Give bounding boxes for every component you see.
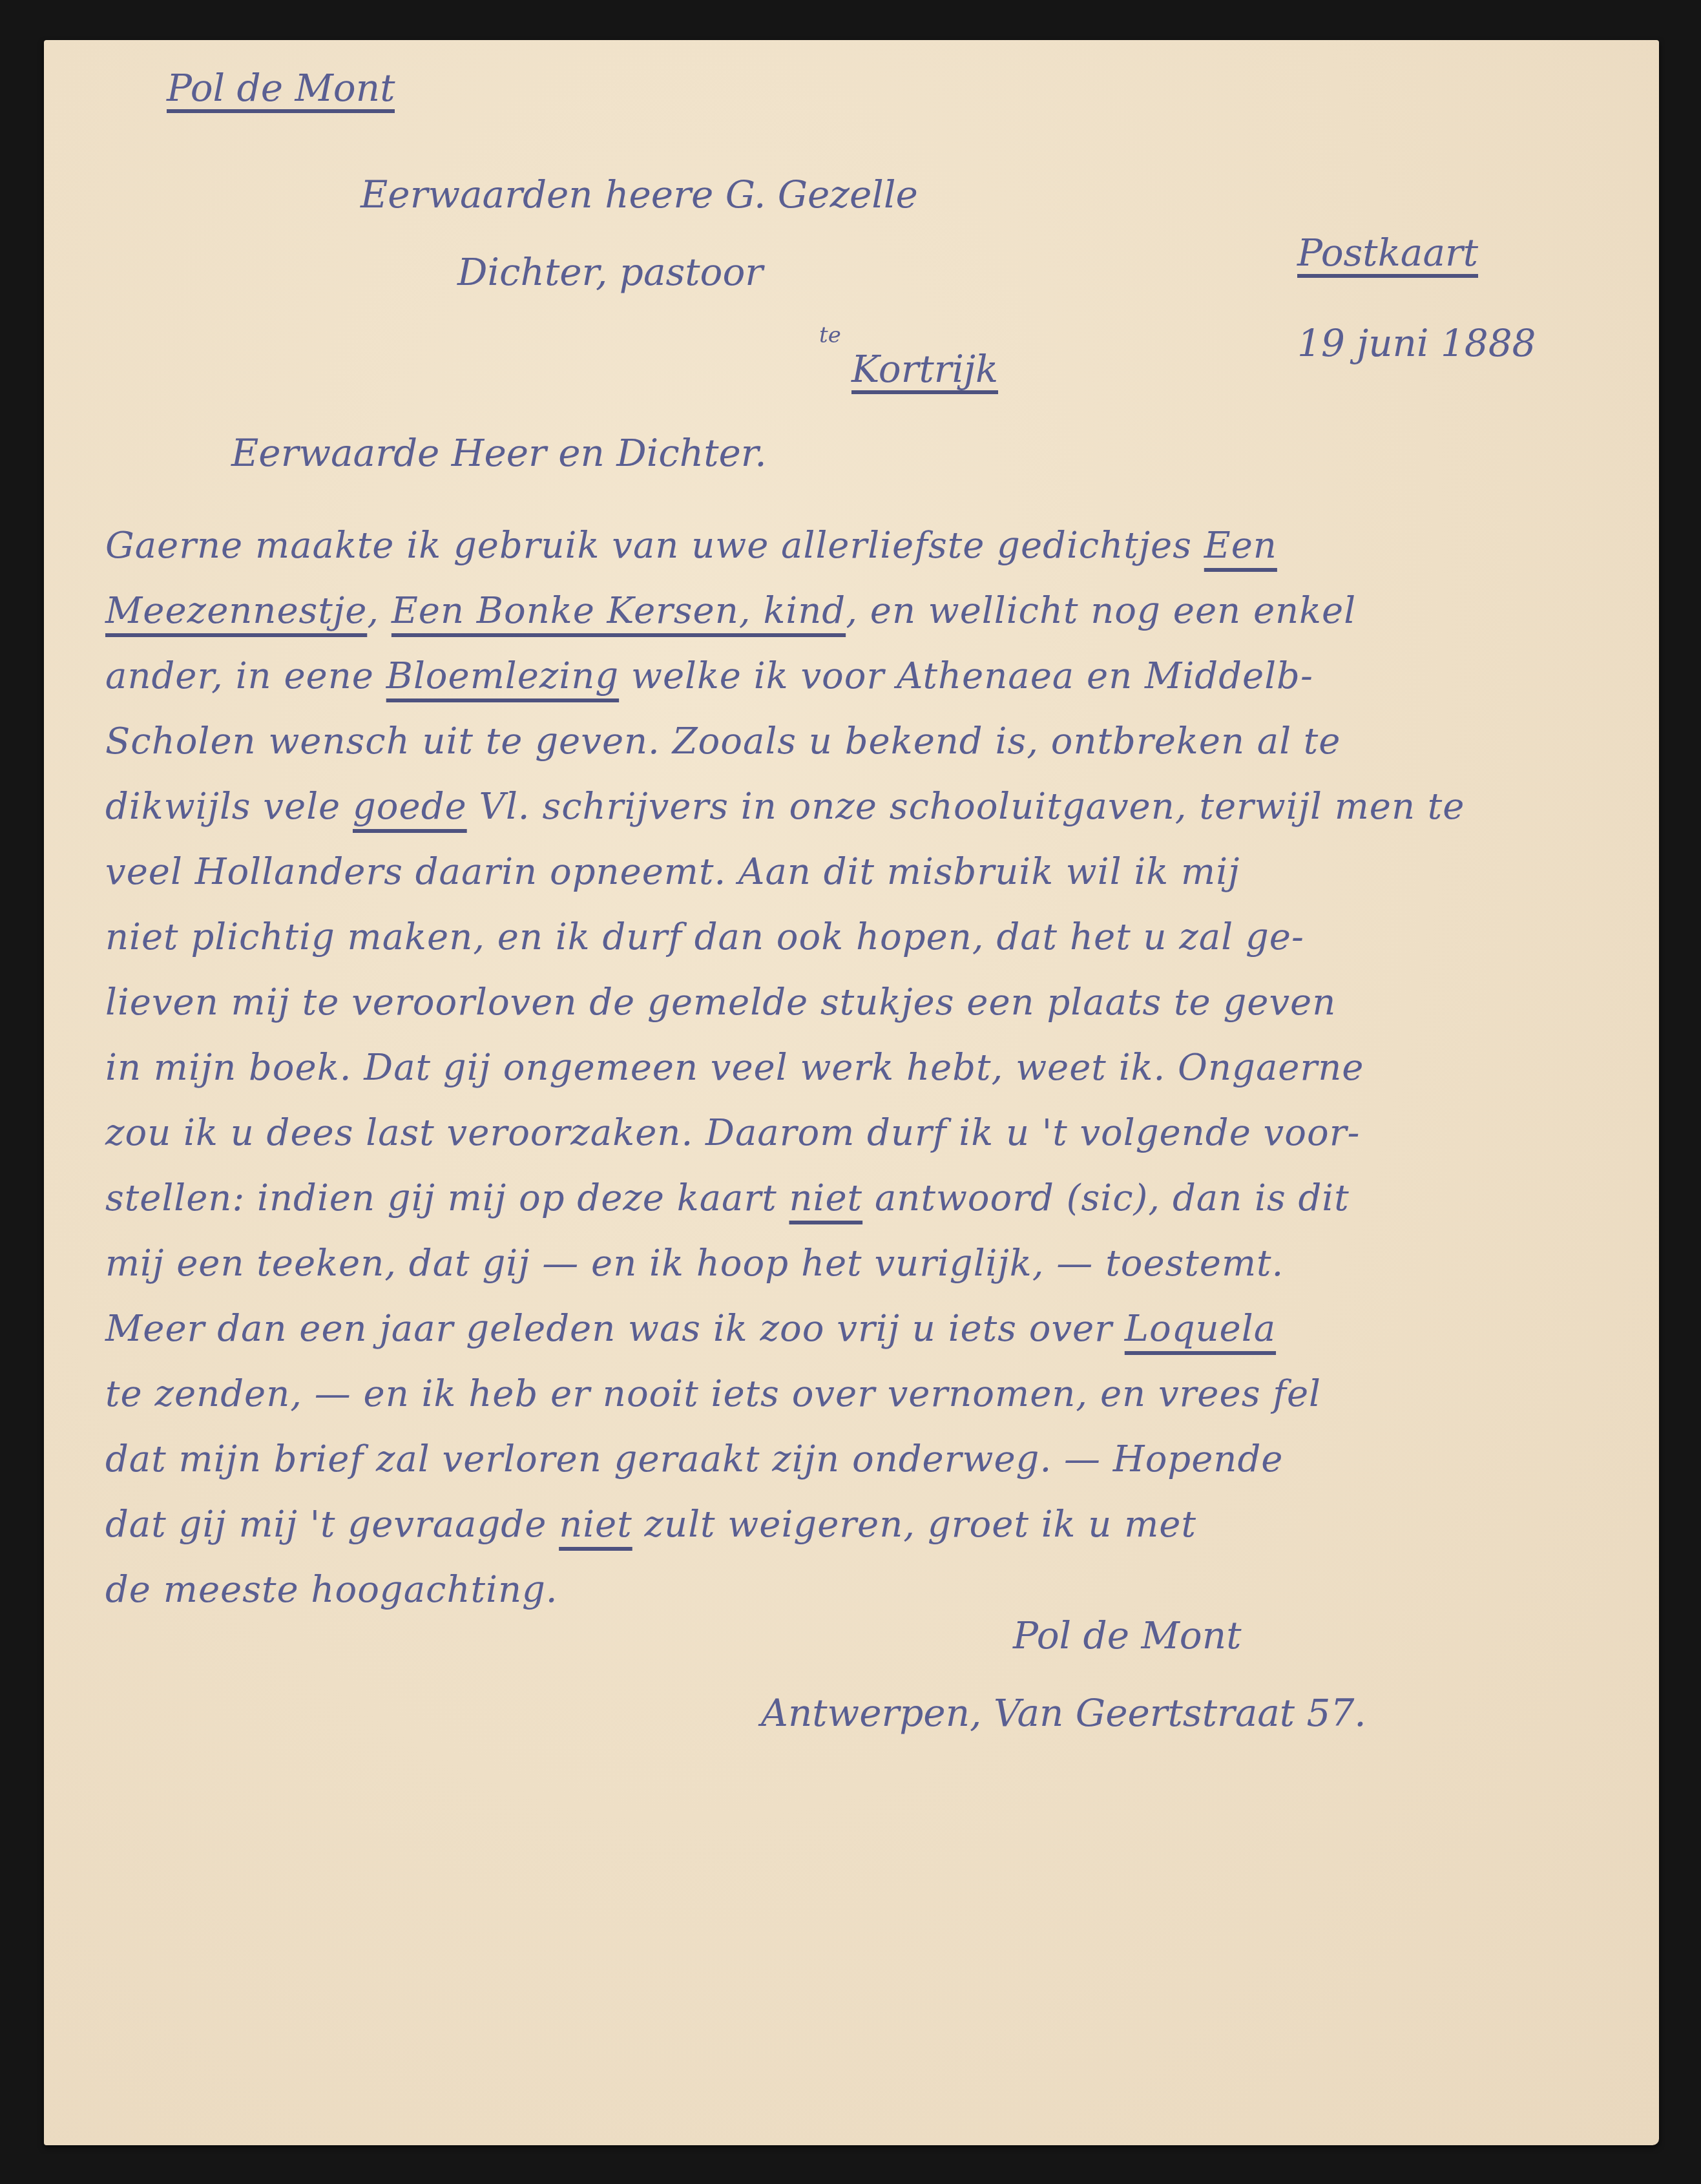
body-line: Gaerne maakte ik gebruik van uwe allerli…: [105, 525, 1643, 590]
letter-body: Gaerne maakte ik gebruik van uwe allerli…: [105, 525, 1643, 1634]
body-line: Scholen wensch uit te geven. Zooals u be…: [105, 720, 1643, 786]
body-text-span: antwoord (sic), dan is dit: [862, 1177, 1350, 1219]
body-line: Meer dan een jaar geleden was ik zoo vri…: [105, 1308, 1643, 1373]
salutation: Eerwaarde Heer en Dichter.: [231, 434, 767, 472]
body-text-span: zou ik u dees last veroorzaken. Daarom d…: [105, 1112, 1360, 1154]
body-text-span: , en wellicht nog een enkel: [846, 590, 1356, 632]
body-line: dat gij mij 't gevraagde niet zult weige…: [105, 1504, 1643, 1569]
body-text-span: Meer dan een jaar geleden was ik zoo vri…: [105, 1308, 1125, 1350]
underlined-title: niet: [559, 1504, 632, 1546]
signature: Pol de Mont: [1013, 1617, 1241, 1654]
body-line: te zenden, — en ik heb er nooit iets ove…: [105, 1373, 1643, 1438]
body-text-span: Scholen wensch uit te geven. Zooals u be…: [105, 720, 1341, 762]
body-text-span: ,: [367, 590, 391, 632]
body-text-span: de meeste hoogachting.: [105, 1569, 558, 1611]
body-line: niet plichtig maken, en ik durf dan ook …: [105, 916, 1643, 982]
underlined-title: goede: [353, 786, 467, 828]
body-text-span: Gaerne maakte ik gebruik van uwe allerli…: [105, 525, 1204, 567]
underlined-title: Bloemlezing: [386, 655, 619, 697]
body-line: veel Hollanders daarin opneemt. Aan dit …: [105, 851, 1643, 916]
letter-paper: Pol de Mont Eerwaarden heere G. Gezelle …: [44, 40, 1659, 2145]
sender-address: Antwerpen, Van Geertstraat 57.: [761, 1694, 1366, 1732]
addressee-city: Kortrijk: [851, 350, 998, 394]
body-text-span: dat gij mij 't gevraagde: [105, 1504, 559, 1546]
body-line: dikwijls vele goede Vl. schrijvers in on…: [105, 786, 1643, 851]
body-text-span: welke ik voor Athenaea en Middelb-: [619, 655, 1313, 697]
body-line: in mijn boek. Dat gij ongemeen veel werk…: [105, 1047, 1643, 1112]
sender-note: Pol de Mont: [167, 69, 395, 113]
underlined-title: Meezennestje: [105, 590, 367, 632]
underlined-title: Een: [1204, 525, 1277, 567]
body-line: Meezennestje, Een Bonke Kersen, kind, en…: [105, 590, 1643, 655]
addressee-line-1: Eerwaarden heere G. Gezelle: [360, 176, 918, 213]
addressee-prefix: te: [819, 324, 841, 346]
body-text-span: niet plichtig maken, en ik durf dan ook …: [105, 916, 1304, 958]
body-text-span: mij een teeken, dat gij — en ik hoop het…: [105, 1243, 1284, 1285]
underlined-title: niet: [789, 1177, 863, 1219]
letter-date: 19 juni 1888: [1297, 324, 1536, 362]
body-text-span: stellen: indien gij mij op deze kaart: [105, 1177, 789, 1219]
body-line: de meeste hoogachting.: [105, 1569, 1643, 1634]
underlined-title: Loquela: [1125, 1308, 1276, 1350]
body-text-span: veel Hollanders daarin opneemt. Aan dit …: [105, 851, 1240, 893]
body-text-span: dikwijls vele: [105, 786, 353, 828]
body-line: lieven mij te veroorloven de gemelde stu…: [105, 982, 1643, 1047]
body-text-span: te zenden, — en ik heb er nooit iets ove…: [105, 1373, 1321, 1415]
body-text-span: lieven mij te veroorloven de gemelde stu…: [105, 982, 1336, 1024]
body-line: stellen: indien gij mij op deze kaart ni…: [105, 1177, 1643, 1243]
body-text-span: Vl. schrijvers in onze schooluitgaven, t…: [467, 786, 1465, 828]
addressee-line-2: Dichter, pastoor: [457, 253, 763, 291]
body-text-span: in mijn boek. Dat gij ongemeen veel werk…: [105, 1047, 1364, 1089]
underlined-title: Een Bonke Kersen, kind: [391, 590, 846, 632]
body-line: dat mijn brief zal verloren geraakt zijn…: [105, 1438, 1643, 1504]
body-text-span: dat mijn brief zal verloren geraakt zijn…: [105, 1438, 1283, 1480]
card-label: Postkaart: [1297, 234, 1478, 278]
body-line: mij een teeken, dat gij — en ik hoop het…: [105, 1243, 1643, 1308]
body-text-span: ander, in eene: [105, 655, 386, 697]
body-line: ander, in eene Bloemlezing welke ik voor…: [105, 655, 1643, 720]
body-line: zou ik u dees last veroorzaken. Daarom d…: [105, 1112, 1643, 1177]
body-text-span: zult weigeren, groet ik u met: [632, 1504, 1196, 1546]
